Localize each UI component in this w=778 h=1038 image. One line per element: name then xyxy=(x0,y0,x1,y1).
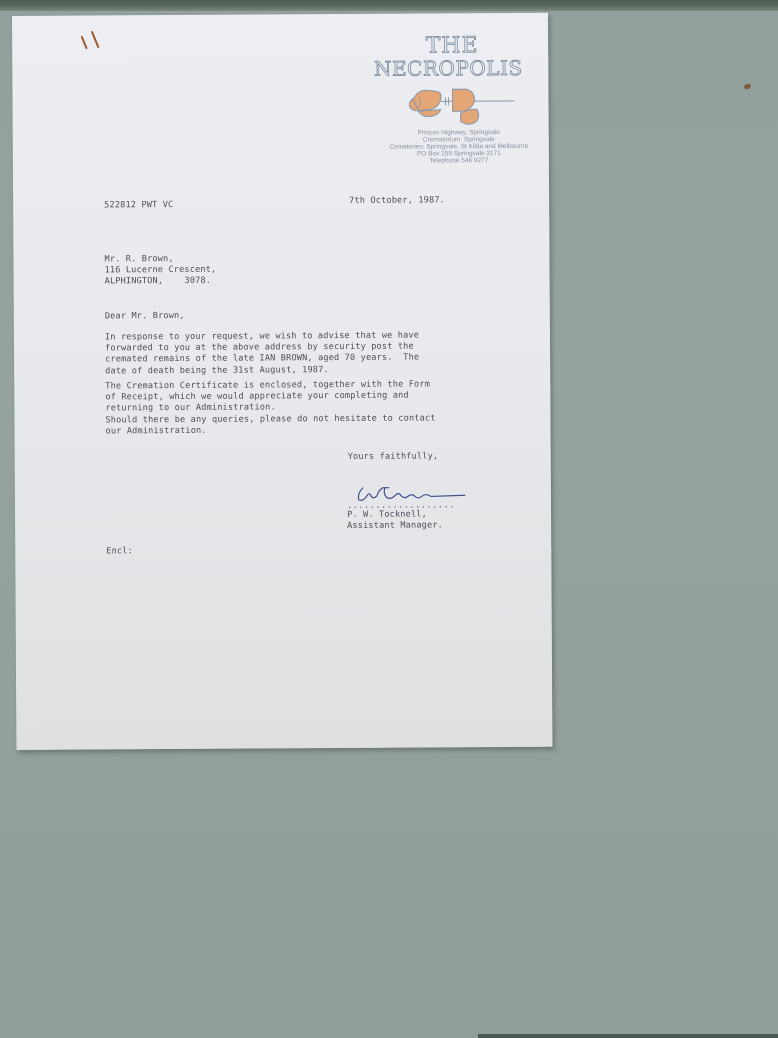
address-line: Telephone 546 9277 xyxy=(389,157,529,165)
photo-top-edge xyxy=(0,0,778,11)
salutation: Dear Mr. Brown, xyxy=(105,311,185,323)
recipient-line: Mr. R. Brown, xyxy=(104,254,216,266)
closing-phrase: Yours faithfully, xyxy=(348,451,439,463)
signer-name: P. W. Tocknell, xyxy=(347,509,443,521)
rose-icon xyxy=(404,85,516,130)
signer-title: Assistant Manager. xyxy=(347,521,443,533)
recipient-address: Mr. R. Brown,116 Lucerne Crescent,ALPHIN… xyxy=(104,254,216,288)
letterhead-logo: THE NECROPOLIS Princes Highway, Springva… xyxy=(358,35,529,165)
letter-date: 7th October, 1987. xyxy=(349,195,445,207)
recipient-line: ALPHINGTON, 3078. xyxy=(105,276,217,288)
body-paragraph: Should there be any queries, please do n… xyxy=(105,413,435,437)
background-speck xyxy=(743,83,751,90)
letter-page: THE NECROPOLIS Princes Highway, Springva… xyxy=(12,13,552,750)
letterhead-title-the: THE xyxy=(376,35,528,58)
letterhead-address: Princes Highway, Springvale Crematorium:… xyxy=(389,129,529,165)
photo-bottom-edge xyxy=(478,1034,778,1038)
staple-mark-icon xyxy=(81,36,88,50)
body-paragraph: The Cremation Certificate is enclosed, t… xyxy=(105,379,430,415)
reference-number: 522812 PWT VC xyxy=(104,200,173,212)
recipient-line: 116 Lucerne Crescent, xyxy=(105,265,217,277)
signer-block: P. W. Tocknell,Assistant Manager. xyxy=(347,509,443,532)
staple-mark-icon xyxy=(91,31,100,48)
enclosure-note: Encl: xyxy=(106,546,133,557)
letterhead-title-name: NECROPOLIS xyxy=(368,57,528,80)
body-paragraph: In response to your request, we wish to … xyxy=(105,331,419,378)
